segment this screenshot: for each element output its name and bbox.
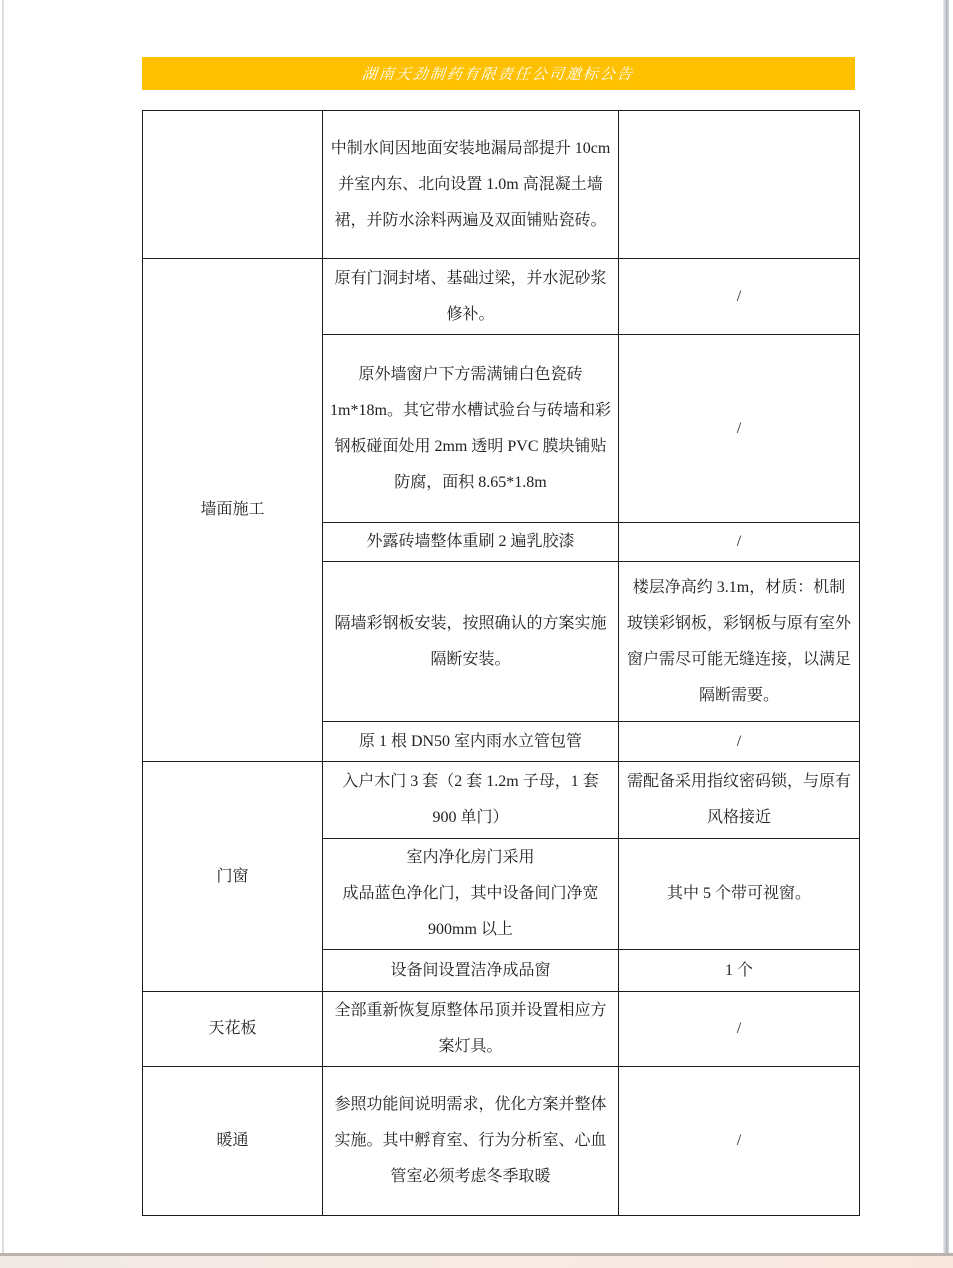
remark-cell: / [619,992,860,1067]
announcement-banner-title: 湖南天劲制药有限责任公司邀标公告 [361,63,635,84]
section-label-cell: 墙面施工 [143,259,323,762]
section-label-cell: 门窗 [143,762,323,992]
desc-cell: 中制水间因地面安装地漏局部提升 10cm 并室内东、北向设置 1.0m 高混凝土… [323,111,619,259]
table-row: 门窗 入户木门 3 套（2 套 1.2m 子母，1 套 900 单门） 需配备采… [143,762,860,839]
remark-cell: / [619,722,860,762]
page-left-edge [2,0,4,1253]
section-label-cell: 暖通 [143,1067,323,1216]
desc-cell: 原 1 根 DN50 室内雨水立管包管 [323,722,619,762]
remark-cell: 1 个 [619,950,860,992]
section-label-cell [143,111,323,259]
remark-cell: / [619,1067,860,1216]
desc-cell: 外露砖墙整体重刷 2 遍乳胶漆 [323,523,619,562]
desc-cell: 参照功能间说明需求，优化方案并整体实施。其中孵育室、行为分析室、心血管室必须考虑… [323,1067,619,1216]
remark-cell: 需配备采用指纹密码锁，与原有风格接近 [619,762,860,839]
table-row: 暖通 参照功能间说明需求，优化方案并整体实施。其中孵育室、行为分析室、心血管室必… [143,1067,860,1216]
desc-cell: 隔墙彩钢板安装，按照确认的方案实施隔断安装。 [323,562,619,722]
desc-cell: 全部重新恢复原整体吊顶并设置相应方案灯具。 [323,992,619,1067]
table-row: 天花板 全部重新恢复原整体吊顶并设置相应方案灯具。 / [143,992,860,1067]
announcement-banner: 湖南天劲制药有限责任公司邀标公告 [142,57,855,90]
remark-cell: / [619,523,860,562]
remark-cell: 楼层净高约 3.1m，材质：机制玻镁彩钢板，彩钢板与原有室外窗户需尽可能无缝连接… [619,562,860,722]
page-right-edge-shadow [943,0,949,1253]
requirements-table: 中制水间因地面安装地漏局部提升 10cm 并室内东、北向设置 1.0m 高混凝土… [142,110,860,1216]
table-row: 墙面施工 原有门洞封堵、基础过梁，并水泥砂浆修补。 / [143,259,860,335]
desc-cell: 室内净化房门采用 成品蓝色净化门，其中设备间门净宽 900mm 以上 [323,839,619,950]
remark-cell [619,111,860,259]
table-row: 中制水间因地面安装地漏局部提升 10cm 并室内东、北向设置 1.0m 高混凝土… [143,111,860,259]
desc-cell: 原外墙窗户下方需满铺白色瓷砖 1m*18m。其它带水槽试验台与砖墙和彩钢板碰面处… [323,335,619,523]
remark-cell: / [619,259,860,335]
remark-cell: / [619,335,860,523]
remark-cell: 其中 5 个带可视窗。 [619,839,860,950]
page-bottom-edge-strip [0,1256,953,1268]
document-page: 湖南天劲制药有限责任公司邀标公告 中制水间因地面安装地漏局部提升 10cm 并室… [0,0,953,1268]
desc-cell: 设备间设置洁净成品窗 [323,950,619,992]
section-label-cell: 天花板 [143,992,323,1067]
desc-cell: 原有门洞封堵、基础过梁，并水泥砂浆修补。 [323,259,619,335]
desc-cell: 入户木门 3 套（2 套 1.2m 子母，1 套 900 单门） [323,762,619,839]
